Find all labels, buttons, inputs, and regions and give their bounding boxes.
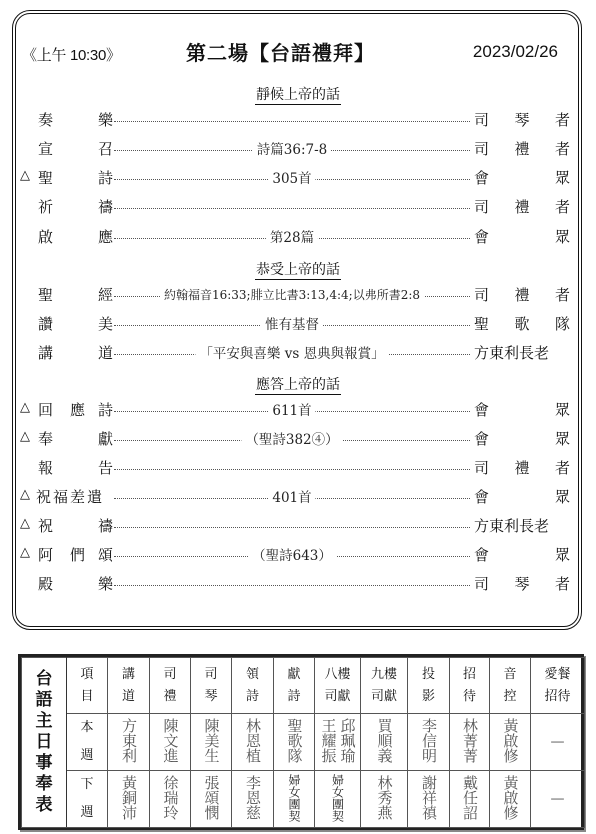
- service-item-char: 聖: [38, 167, 53, 188]
- role-char: 禮: [514, 284, 529, 305]
- assignee-name: 邱珮瑜: [340, 718, 355, 763]
- dotted-leader: 第28篇: [114, 224, 470, 248]
- duty-assignee: 聖歌隊: [274, 714, 315, 771]
- assignee-name: 王耀振: [321, 718, 336, 763]
- role-char: 隊: [555, 313, 570, 334]
- service-item-role: 會眾: [474, 542, 570, 566]
- service-item-role: 會眾: [474, 165, 570, 189]
- service-item-char: 報: [38, 457, 53, 478]
- service-item-char: 阿: [38, 544, 53, 565]
- service-item-char: 樂: [98, 573, 113, 594]
- role-char: 眾: [555, 428, 570, 449]
- duty-assignee: —: [531, 771, 585, 828]
- service-item-row: 報告司禮者: [22, 455, 570, 479]
- service-item-row: 殿樂司琴者: [22, 571, 570, 595]
- role-char: 者: [555, 457, 570, 478]
- service-item-char: 奏: [38, 109, 53, 130]
- service-item-char: 啟: [38, 226, 53, 247]
- empty-dash: —: [551, 734, 565, 750]
- service-item-detail: （聖詩643）: [248, 544, 336, 564]
- duty-assignee: 張頌憫: [191, 771, 232, 828]
- service-item-role: 司琴者: [474, 107, 570, 131]
- role-char: 者: [555, 196, 570, 217]
- service-item-name: △回應詩: [22, 397, 114, 421]
- service-item-row: △祝福差遣401首會眾: [22, 484, 570, 508]
- role-char: 者: [555, 138, 570, 159]
- duty-assignee: 林恩植: [232, 714, 274, 771]
- duty-column-header: 司禮: [150, 658, 191, 714]
- role-char: 聖: [474, 313, 489, 334]
- service-item-row: 啟應第28篇會眾: [22, 224, 570, 248]
- service-item-name: 報告: [22, 455, 114, 479]
- duty-column-header: 愛餐招待: [531, 658, 585, 714]
- service-item-row: △奉獻（聖詩382④）會眾: [22, 426, 570, 450]
- service-item-char: 宣: [38, 138, 53, 159]
- service-item-role: 司琴者: [474, 571, 570, 595]
- service-item-row: 講道「平安與喜樂 vs 恩典與報賞」方東利長老: [22, 340, 570, 364]
- service-item-char: 聖: [38, 284, 53, 305]
- duty-assignee: 李恩慈: [232, 771, 274, 828]
- service-item-detail: 詩篇36:7-8: [253, 138, 331, 158]
- service-item-row: △回應詩611首會眾: [22, 397, 570, 421]
- service-item-detail: （聖詩382④）: [241, 428, 342, 448]
- role-char: 司: [474, 284, 489, 305]
- assignee-name: 戴任詔: [462, 775, 477, 820]
- service-item-name: 殿樂: [22, 571, 114, 595]
- service-item-detail: 「平安與喜樂 vs 恩典與報賞」: [195, 342, 388, 362]
- service-date: 2023/02/26: [473, 42, 558, 62]
- duty-assignee: 婦女團契: [274, 771, 315, 828]
- assignee-name: 李恩慈: [245, 775, 260, 820]
- service-item-role: 方東利長老: [474, 340, 570, 364]
- role-char: 會: [474, 428, 489, 449]
- page-title: 第二場【台語禮拜】: [186, 37, 375, 66]
- service-item-role: 司禮者: [474, 282, 570, 306]
- role-char: 眾: [555, 399, 570, 420]
- triangle-marker-icon: △: [20, 429, 30, 444]
- role-char: 琴: [514, 109, 529, 130]
- service-item-char: 告: [98, 457, 113, 478]
- dotted-leader: 惟有基督: [114, 311, 470, 335]
- service-item-row: △聖詩305首會眾: [22, 165, 570, 189]
- dotted-leader: 401首: [114, 484, 470, 508]
- service-item-char: 禱: [98, 515, 113, 536]
- assignee-name: 林菁菁: [462, 718, 477, 763]
- service-item-name: 奏樂: [22, 107, 114, 131]
- duty-row-this-week: 本週方東利陳文進陳美生林恩植聖歌隊邱珮瑜王耀振買順義李信明林菁菁黃啟修—: [22, 714, 585, 771]
- service-item-role: 司禮者: [474, 455, 570, 479]
- assignee-name: 林秀燕: [377, 775, 392, 820]
- empty-dash: —: [551, 791, 565, 807]
- duty-column-header: 投影: [408, 658, 450, 714]
- dotted-leader: [114, 194, 470, 218]
- service-item-row: △祝禱方東利長老: [22, 513, 570, 537]
- service-item-char: 們: [70, 544, 85, 565]
- duty-column-header: 招待: [450, 658, 490, 714]
- service-item-role: 會眾: [474, 224, 570, 248]
- role-char: 會: [474, 486, 489, 507]
- role-char: 者: [555, 573, 570, 594]
- service-item-name: 宣召: [22, 136, 114, 160]
- role-char: 琴: [514, 573, 529, 594]
- service-item-char: 頌: [98, 544, 113, 565]
- duty-column-header: 九樓司獻: [361, 658, 408, 714]
- service-item-name: △阿們頌: [22, 542, 114, 566]
- service-item-char: 美: [98, 313, 113, 334]
- duty-column-header: 音控: [490, 658, 531, 714]
- duty-assignee: 方東利: [108, 714, 150, 771]
- service-item-char: 殿: [38, 573, 53, 594]
- duty-column-header: 講道: [108, 658, 150, 714]
- assignee-name: 買順義: [377, 718, 392, 763]
- role-char: 方東利長老: [474, 515, 549, 536]
- duty-table-title: 台語主日事奉表: [22, 658, 67, 828]
- service-item-detail: 401首: [268, 486, 315, 506]
- assignee-name: 聖歌隊: [287, 718, 302, 763]
- role-char: 眾: [555, 226, 570, 247]
- service-item-detail: 約翰福音16:33;腓立比書3:13,4:4;以弗所書2:8: [160, 286, 424, 303]
- service-item-row: 奏樂司琴者: [22, 107, 570, 131]
- service-item-char: 奉: [38, 428, 53, 449]
- duty-assignee: 婦女團契: [315, 771, 361, 828]
- duty-assignee: 黃啟修: [490, 771, 531, 828]
- service-item-name: 讚美: [22, 311, 114, 335]
- triangle-marker-icon: △: [20, 516, 30, 531]
- service-item-role: 會眾: [474, 484, 570, 508]
- duty-assignee: 黃啟修: [490, 714, 531, 771]
- service-item-row: 宣召詩篇36:7-8司禮者: [22, 136, 570, 160]
- service-item-char: 禱: [98, 196, 113, 217]
- service-item-role: 會眾: [474, 397, 570, 421]
- service-item-row: 聖經約翰福音16:33;腓立比書3:13,4:4;以弗所書2:8司禮者: [22, 282, 570, 306]
- role-char: 歌: [514, 313, 529, 334]
- role-char: 方東利長老: [474, 342, 549, 363]
- duty-row-next-week: 下週黃銅沛徐瑞玲張頌憫李恩慈婦女團契婦女團契林秀燕謝祥禛戴任詔黃啟修—: [22, 771, 585, 828]
- service-item-char: 道: [98, 342, 113, 363]
- service-item-char: 召: [98, 138, 113, 159]
- assignee-name: 謝祥禛: [421, 775, 436, 820]
- assignee-name: 婦女團契: [332, 774, 344, 822]
- duty-assignee: 邱珮瑜王耀振: [315, 714, 361, 771]
- role-char: 眾: [555, 544, 570, 565]
- role-char: 者: [555, 109, 570, 130]
- duty-assignee: 陳美生: [191, 714, 232, 771]
- duty-column-header: 獻詩: [274, 658, 315, 714]
- assignee-name: 張頌憫: [204, 775, 219, 820]
- assignee-name: 陳美生: [204, 718, 219, 763]
- service-item-detail: 611首: [268, 399, 315, 419]
- role-char: 司: [474, 109, 489, 130]
- assignee-name: 黃啟修: [503, 718, 518, 763]
- duty-assignee: 李信明: [408, 714, 450, 771]
- duty-header-row: 台語主日事奉表項目講道司禮司琴領詩獻詩八樓司獻九樓司獻投影招待音控愛餐招待: [22, 658, 585, 714]
- duty-roster-table: 台語主日事奉表項目講道司禮司琴領詩獻詩八樓司獻九樓司獻投影招待音控愛餐招待本週方…: [18, 654, 584, 830]
- service-item-char: 應: [70, 399, 85, 420]
- triangle-marker-icon: △: [20, 545, 30, 560]
- service-item-role: 司禮者: [474, 194, 570, 218]
- role-char: 眾: [555, 167, 570, 188]
- duty-assignee: 陳文進: [150, 714, 191, 771]
- role-char: 司: [474, 457, 489, 478]
- duty-column-header: 領詩: [232, 658, 274, 714]
- duty-assignee: 買順義: [361, 714, 408, 771]
- triangle-marker-icon: △: [20, 400, 30, 415]
- duty-column-header: 八樓司獻: [315, 658, 361, 714]
- dotted-leader: 「平安與喜樂 vs 恩典與報賞」: [114, 340, 470, 364]
- service-time: 《上午 10:30》: [22, 44, 121, 65]
- duty-column-header: 司琴: [191, 658, 232, 714]
- duty-assignee: 林菁菁: [450, 714, 490, 771]
- role-char: 者: [555, 284, 570, 305]
- section-heading-text: 恭受上帝的話: [255, 262, 341, 280]
- role-char: 司: [474, 138, 489, 159]
- assignee-name: 婦女團契: [288, 774, 300, 822]
- service-item-role: 方東利長老: [474, 513, 570, 537]
- service-item-name: △祝福差遣: [22, 484, 114, 508]
- service-item-char: 詩: [98, 399, 113, 420]
- role-char: 司: [474, 196, 489, 217]
- duty-assignee: 謝祥禛: [408, 771, 450, 828]
- section-heading-text: 靜候上帝的話: [255, 87, 341, 105]
- service-item-char: 經: [98, 284, 113, 305]
- dotted-leader: （聖詩643）: [114, 542, 470, 566]
- service-item-char: 詩: [98, 167, 113, 188]
- duty-column-header: 項目: [67, 658, 108, 714]
- assignee-name: 徐瑞玲: [163, 775, 178, 820]
- service-item-char: 獻: [98, 428, 113, 449]
- dotted-leader: 約翰福音16:33;腓立比書3:13,4:4;以弗所書2:8: [114, 282, 470, 306]
- service-item-char: 祈: [38, 196, 53, 217]
- service-item-role: 司禮者: [474, 136, 570, 160]
- dotted-leader: [114, 513, 470, 537]
- role-char: 會: [474, 167, 489, 188]
- service-item-name: 啟應: [22, 224, 114, 248]
- service-item-char: 樂: [98, 109, 113, 130]
- triangle-marker-icon: △: [20, 487, 30, 502]
- service-item-name: 聖經: [22, 282, 114, 306]
- service-item-name: △祝禱: [22, 513, 114, 537]
- service-item-char: 講: [38, 342, 53, 363]
- service-item-name: △聖詩: [22, 165, 114, 189]
- role-char: 禮: [514, 457, 529, 478]
- service-item-label: 祝福差遣: [36, 486, 104, 507]
- service-item-name: 祈禱: [22, 194, 114, 218]
- dotted-leader: （聖詩382④）: [114, 426, 470, 450]
- duty-assignee: 徐瑞玲: [150, 771, 191, 828]
- service-item-role: 聖歌隊: [474, 311, 570, 335]
- service-item-char: 應: [98, 226, 113, 247]
- week-label: 下週: [67, 771, 108, 828]
- dotted-leader: 詩篇36:7-8: [114, 136, 470, 160]
- dotted-leader: [114, 455, 470, 479]
- duty-assignee: 林秀燕: [361, 771, 408, 828]
- role-char: 司: [474, 573, 489, 594]
- service-item-detail: 305首: [268, 167, 315, 187]
- service-item-role: 會眾: [474, 426, 570, 450]
- role-char: 眾: [555, 486, 570, 507]
- role-char: 會: [474, 399, 489, 420]
- role-char: 禮: [514, 138, 529, 159]
- service-item-row: △阿們頌（聖詩643）會眾: [22, 542, 570, 566]
- service-item-detail: 惟有基督: [261, 313, 323, 333]
- week-label: 本週: [67, 714, 108, 771]
- assignee-name: 黃啟修: [503, 775, 518, 820]
- duty-assignee: 戴任詔: [450, 771, 490, 828]
- service-item-char: 讚: [38, 313, 53, 334]
- section-heading: 應答上帝的話: [0, 374, 596, 394]
- role-char: 禮: [514, 196, 529, 217]
- service-item-row: 讚美惟有基督聖歌隊: [22, 311, 570, 335]
- dotted-leader: [114, 107, 470, 131]
- assignee-name: 林恩植: [245, 718, 260, 763]
- role-char: 會: [474, 226, 489, 247]
- assignee-name: 陳文進: [163, 718, 178, 763]
- section-heading: 恭受上帝的話: [0, 259, 596, 279]
- role-char: 會: [474, 544, 489, 565]
- assignee-name: 黃銅沛: [121, 775, 136, 820]
- duty-assignee: 黃銅沛: [108, 771, 150, 828]
- section-heading: 靜候上帝的話: [0, 84, 596, 104]
- section-heading-text: 應答上帝的話: [255, 377, 341, 395]
- dotted-leader: 611首: [114, 397, 470, 421]
- service-item-name: 講道: [22, 340, 114, 364]
- triangle-marker-icon: △: [20, 168, 30, 183]
- duty-assignee: —: [531, 714, 585, 771]
- service-item-detail: 第28篇: [266, 226, 318, 246]
- service-item-char: 回: [38, 399, 53, 420]
- assignee-pair: 邱珮瑜王耀振: [321, 718, 355, 763]
- service-item-name: △奉獻: [22, 426, 114, 450]
- assignee-name: 方東利: [121, 718, 136, 763]
- service-item-char: 祝: [38, 515, 53, 536]
- assignee-name: 李信明: [421, 718, 436, 763]
- service-item-row: 祈禱司禮者: [22, 194, 570, 218]
- dotted-leader: 305首: [114, 165, 470, 189]
- dotted-leader: [114, 571, 470, 595]
